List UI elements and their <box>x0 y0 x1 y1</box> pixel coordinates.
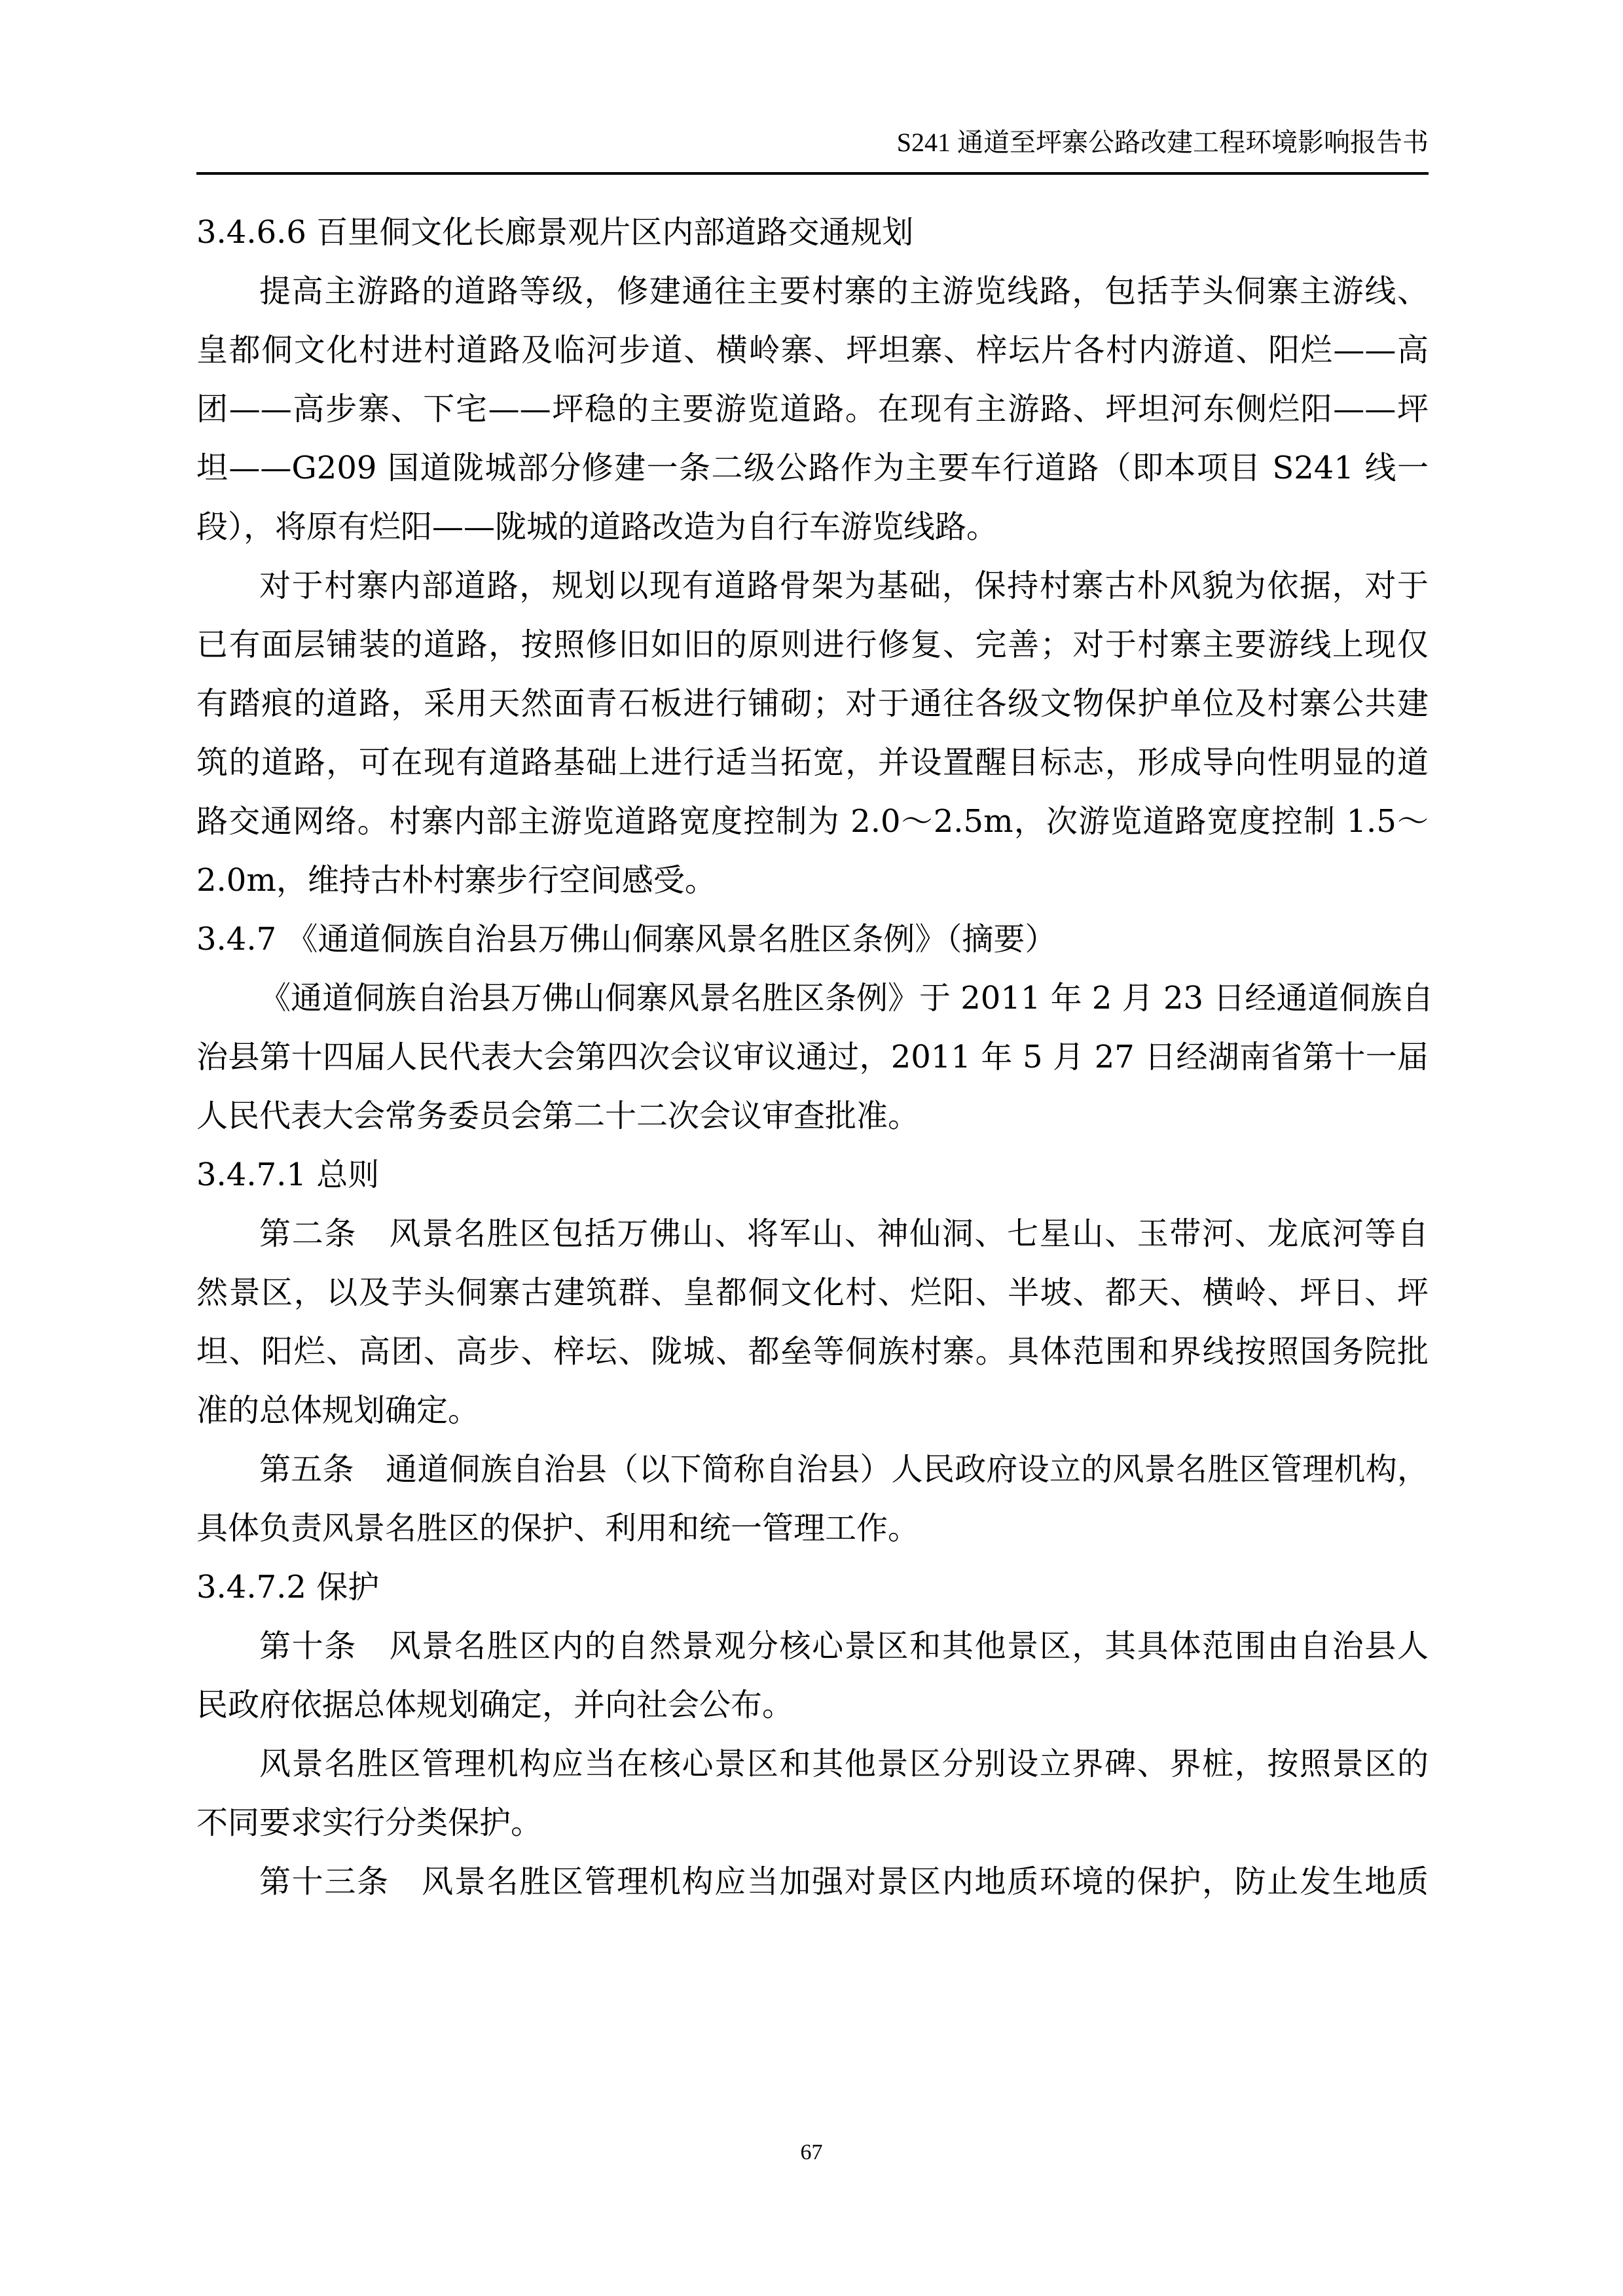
paragraph-article-2: 第二条 风景名胜区包括万佛山、将军山、神仙洞、七星山、玉带河、龙底河等自 然景区… <box>196 1204 1429 1440</box>
paragraph-boundary-markers: 风景名胜区管理机构应当在核心景区和其他景区分别设立界碑、界桩，按照景区的 不同要… <box>196 1734 1429 1852</box>
paragraph-line: 对于村寨内部道路，规划以现有道路骨架为基础，保持村寨古朴风貌为依据，对于 <box>196 556 1429 615</box>
paragraph-line: 提高主游路的道路等级，修建通往主要村寨的主游览线路，包括芋头侗寨主游线、 <box>196 262 1429 321</box>
paragraph-article-5: 第五条 通道侗族自治县（以下简称自治县）人民政府设立的风景名胜区管理机构， 具体… <box>196 1440 1429 1558</box>
paragraph-line: 《通道侗族自治县万佛山侗寨风景名胜区条例》于 2011 年 2 月 23 日经通… <box>196 969 1429 1028</box>
paragraph-line: 路交通网络。村寨内部主游览道路宽度控制为 2.0～2.5m，次游览道路宽度控制 … <box>196 792 1429 851</box>
paragraph-line: 民政府依据总体规划确定，并向社会公布。 <box>196 1676 1429 1734</box>
header-rule-divider <box>196 172 1429 175</box>
paragraph-article-13: 第十三条 风景名胜区管理机构应当加强对景区内地质环境的保护，防止发生地质 <box>196 1852 1429 1911</box>
paragraph-line: 坦、阳烂、高团、高步、梓坛、陇城、都垒等侗族村寨。具体范围和界线按照国务院批 <box>196 1322 1429 1381</box>
paragraph-line: 皇都侗文化村进村道路及临河步道、横岭寨、坪坦寨、梓坛片各村内游道、阳烂——高 <box>196 321 1429 380</box>
paragraph-line: 具体负责风景名胜区的保护、利用和统一管理工作。 <box>196 1499 1429 1558</box>
paragraph-line: 已有面层铺装的道路，按照修旧如旧的原则进行修复、完善；对于村寨主要游线上现仅 <box>196 615 1429 674</box>
paragraph-line: 团——高步寨、下宅——坪稳的主要游览道路。在现有主游路、坪坦河东侧烂阳——坪 <box>196 380 1429 439</box>
paragraph-village-internal-roads: 对于村寨内部道路，规划以现有道路骨架为基础，保持村寨古朴风貌为依据，对于 已有面… <box>196 556 1429 910</box>
paragraph-line: 不同要求实行分类保护。 <box>196 1793 1429 1852</box>
page-number: 67 <box>0 2140 1623 2165</box>
paragraph-article-10: 第十条 风景名胜区内的自然景观分核心景区和其他景区，其具体范围由自治县人 民政府… <box>196 1617 1429 1734</box>
paragraph-line: 第五条 通道侗族自治县（以下简称自治县）人民政府设立的风景名胜区管理机构， <box>196 1440 1429 1499</box>
paragraph-line: 然景区，以及芋头侗寨古建筑群、皇都侗文化村、烂阳、半坡、都天、横岭、坪日、坪 <box>196 1263 1429 1322</box>
paragraph-line: 治县第十四届人民代表大会第四次会议审议通过，2011 年 5 月 27 日经湖南… <box>196 1028 1429 1086</box>
section-heading-3-4-7-2: 3.4.7.2 保护 <box>196 1558 1429 1617</box>
running-header-title: S241 通道至坪寨公路改建工程环境影响报告书 <box>897 123 1429 162</box>
document-body: 3.4.6.6 百里侗文化长廊景观片区内部道路交通规划 提高主游路的道路等级，修… <box>196 203 1429 1911</box>
paragraph-line: 第十三条 风景名胜区管理机构应当加强对景区内地质环境的保护，防止发生地质 <box>196 1852 1429 1911</box>
paragraph-line: 有踏痕的道路，采用天然面青石板进行铺砌；对于通往各级文物保护单位及村寨公共建 <box>196 674 1429 733</box>
paragraph-regulation-approval: 《通道侗族自治县万佛山侗寨风景名胜区条例》于 2011 年 2 月 23 日经通… <box>196 969 1429 1145</box>
section-heading-3-4-6-6: 3.4.6.6 百里侗文化长廊景观片区内部道路交通规划 <box>196 203 1429 262</box>
paragraph-line: 第十条 风景名胜区内的自然景观分核心景区和其他景区，其具体范围由自治县人 <box>196 1617 1429 1676</box>
section-heading-3-4-7: 3.4.7 《通道侗族自治县万佛山侗寨风景名胜区条例》（摘要） <box>196 910 1429 969</box>
paragraph-line: 人民代表大会常务委员会第二十二次会议审查批准。 <box>196 1086 1429 1145</box>
paragraph-main-tour-roads: 提高主游路的道路等级，修建通往主要村寨的主游览线路，包括芋头侗寨主游线、 皇都侗… <box>196 262 1429 556</box>
paragraph-line: 准的总体规划确定。 <box>196 1381 1429 1440</box>
paragraph-line: 风景名胜区管理机构应当在核心景区和其他景区分别设立界碑、界桩，按照景区的 <box>196 1734 1429 1793</box>
paragraph-line: 2.0m，维持古朴村寨步行空间感受。 <box>196 851 1429 910</box>
paragraph-line: 筑的道路，可在现有道路基础上进行适当拓宽，并设置醒目标志，形成导向性明显的道 <box>196 733 1429 792</box>
section-heading-3-4-7-1: 3.4.7.1 总则 <box>196 1145 1429 1204</box>
paragraph-line: 坦——G209 国道陇城部分修建一条二级公路作为主要车行道路（即本项目 S241… <box>196 439 1429 497</box>
paragraph-line: 段），将原有烂阳——陇城的道路改造为自行车游览线路。 <box>196 497 1429 556</box>
paragraph-line: 第二条 风景名胜区包括万佛山、将军山、神仙洞、七星山、玉带河、龙底河等自 <box>196 1204 1429 1263</box>
